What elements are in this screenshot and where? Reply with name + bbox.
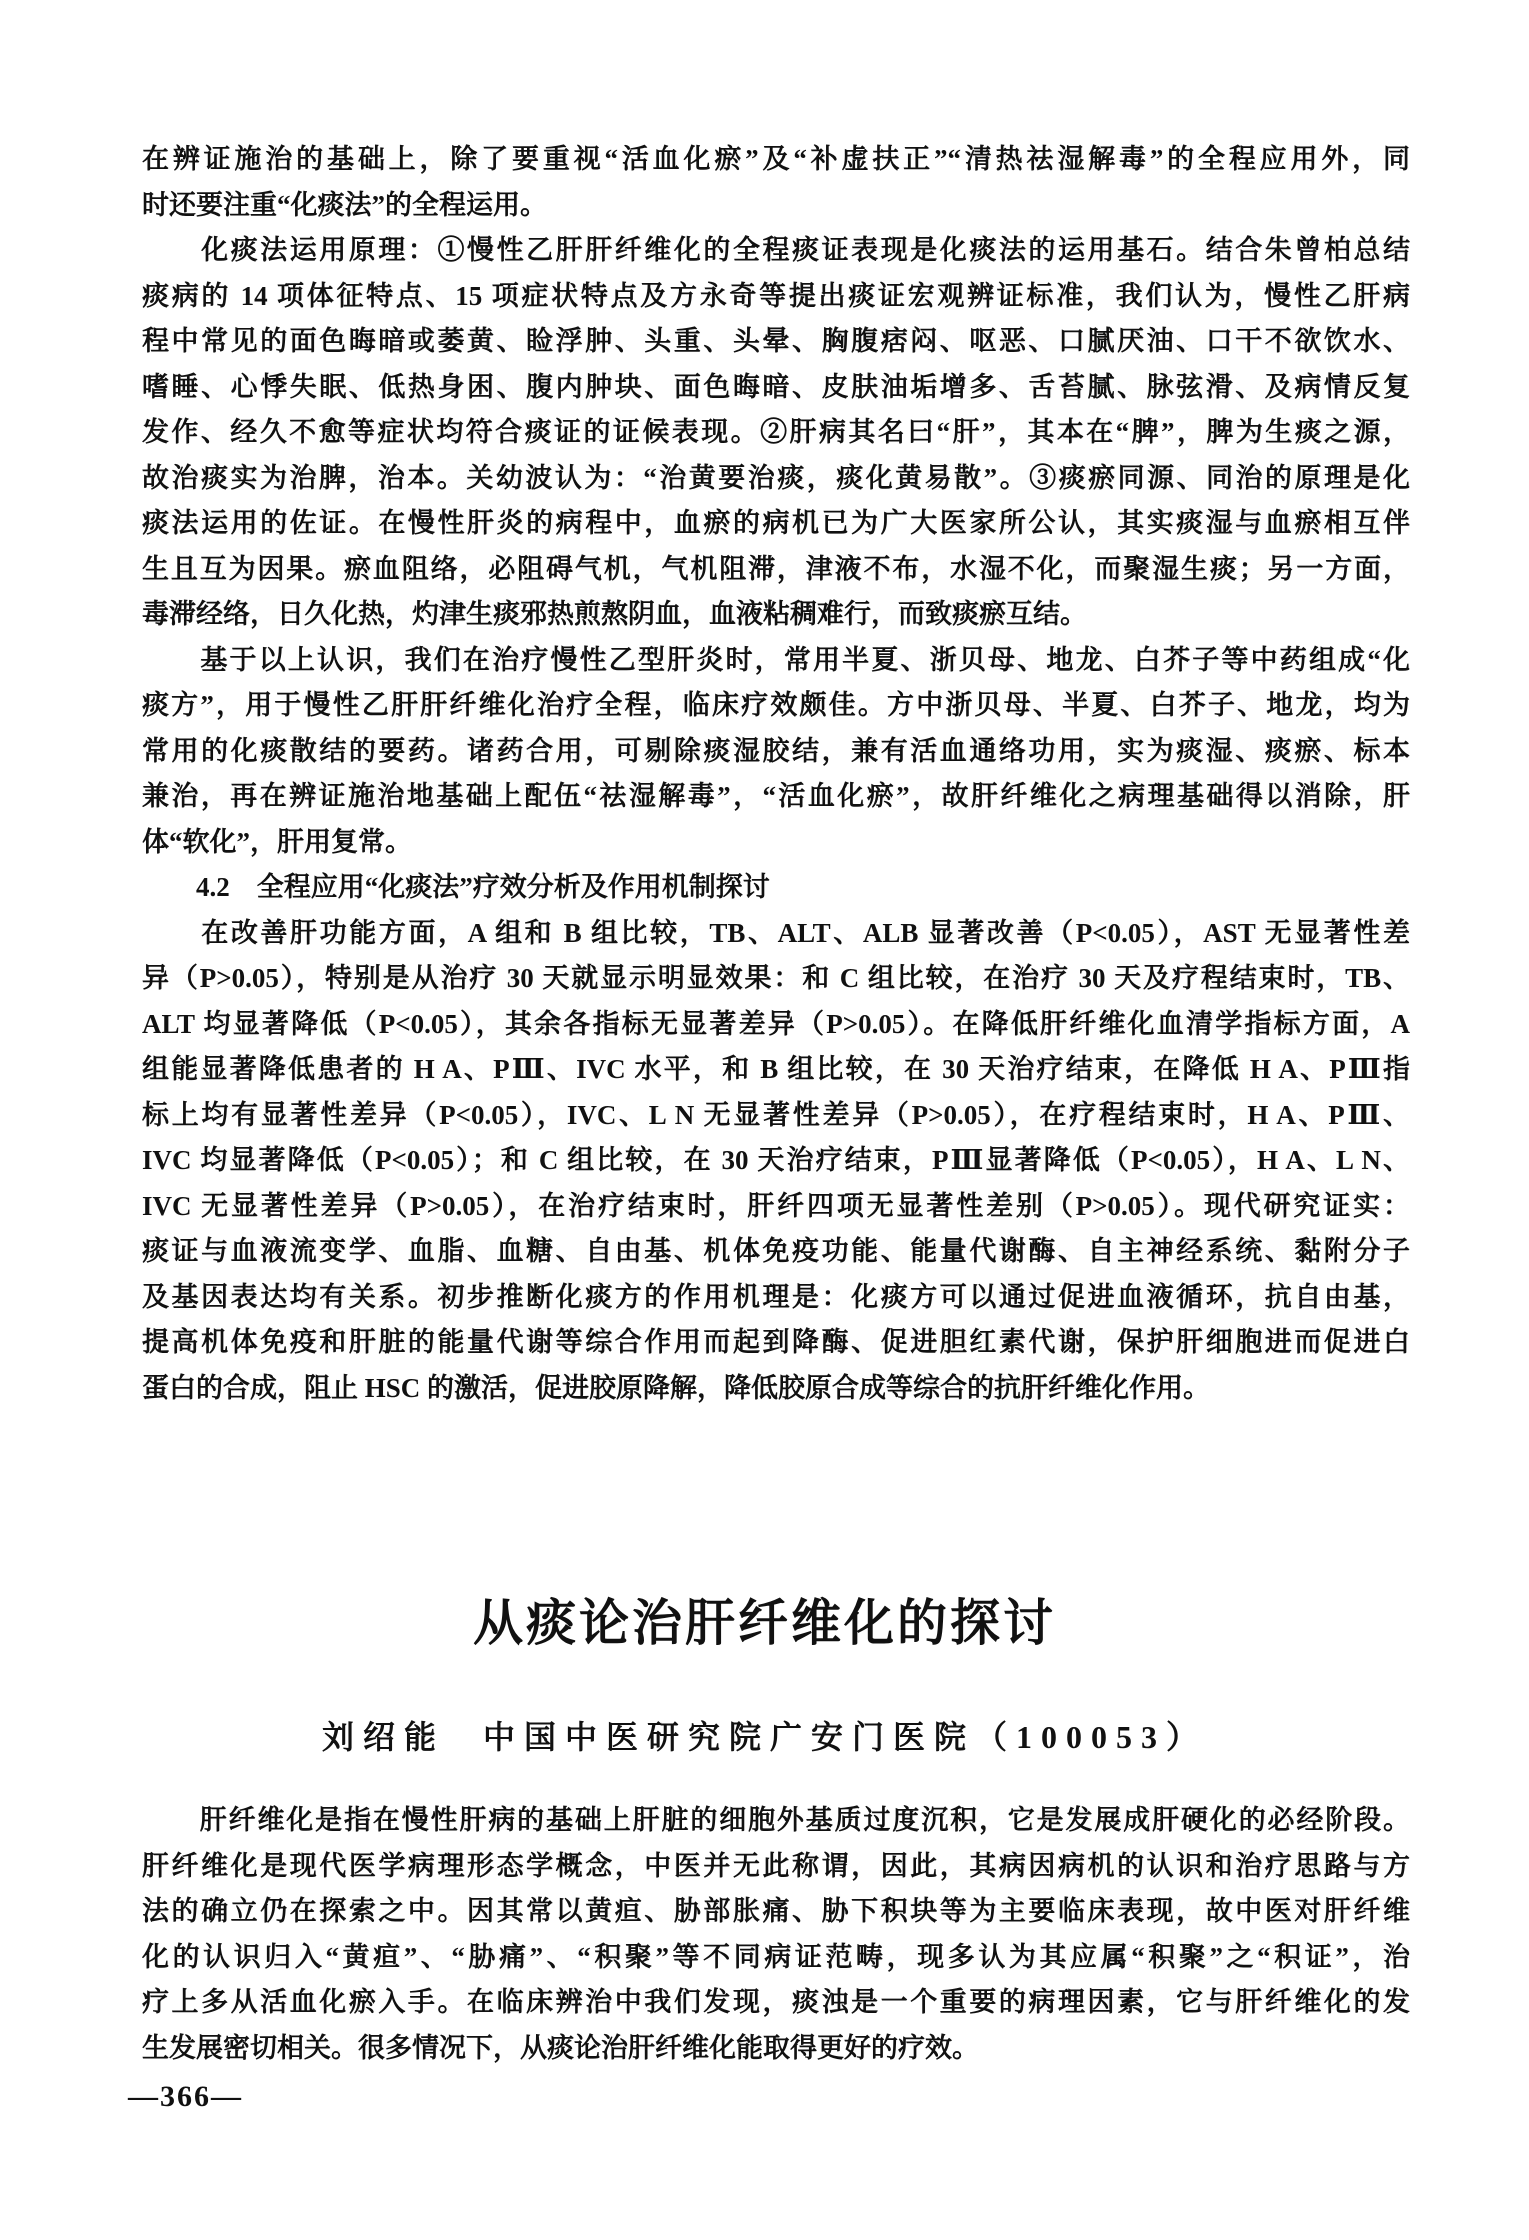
text-line: 法的确立仍在探索之中。因其常以黄疸、胁部胀痛、胁下积块等为主要临床表现，故中医对… (142, 1889, 1410, 1935)
text-line: 在改善肝功能方面，A 组和 B 组比较，TB、ALT、ALB 显著改善（P<0.… (142, 911, 1410, 957)
paragraph: 4.2 全程应用“化痰法”疗效分析及作用机制探讨 (142, 865, 1410, 911)
text-line: 化痰法运用原理：①慢性乙肝肝纤维化的全程痰证表现是化痰法的运用基石。结合朱曾柏总… (142, 228, 1410, 274)
text-line: 兼治，再在辨证施治地基础上配伍“祛湿解毒”，“活血化瘀”，故肝纤维化之病理基础得… (142, 774, 1410, 820)
text-line: 提高机体免疫和肝脏的能量代谢等综合作用而起到降酶、促进胆红素代谢，保护肝细胞进而… (142, 1320, 1410, 1366)
text-line: 在辨证施治的基础上，除了要重视“活血化瘀”及“补虚扶正”“清热祛湿解毒”的全程应… (142, 137, 1410, 183)
text-line: 肝纤维化是现代医学病理形态学概念，中医并无此称谓，因此，其病因病机的认识和治疗思… (142, 1844, 1410, 1890)
text-line: 程中常见的面色晦暗或萎黄、睑浮肿、头重、头晕、胸腹痞闷、呕恶、口腻厌油、口干不欲… (142, 319, 1410, 365)
text-line: 体“软化”，肝用复常。 (142, 820, 1410, 866)
text-line: 痰方”，用于慢性乙肝肝纤维化治疗全程，临床疗效颇佳。方中浙贝母、半夏、白芥子、地… (142, 683, 1410, 729)
text-line: 肝纤维化是指在慢性肝病的基础上肝脏的细胞外基质过度沉积，它是发展成肝硬化的必经阶… (142, 1798, 1410, 1844)
article-title: 从痰论治肝纤维化的探讨 (0, 1583, 1529, 1655)
page-number: —366— (128, 2080, 243, 2114)
paragraph: 化痰法运用原理：①慢性乙肝肝纤维化的全程痰证表现是化痰法的运用基石。结合朱曾柏总… (142, 228, 1410, 638)
text-line: ALT 均显著降低（P<0.05），其余各指标无显著差异（P>0.05）。在降低… (142, 1002, 1410, 1048)
text-line: 痰病的 14 项体征特点、15 项症状特点及方永奇等提出痰证宏观辨证标准，我们认… (142, 274, 1410, 320)
text-line: 痰证与血液流变学、血脂、血糖、自由基、机体免疫功能、能量代谢酶、自主神经系统、黏… (142, 1229, 1410, 1275)
paragraph: 基于以上认识，我们在治疗慢性乙型肝炎时，常用半夏、浙贝母、地龙、白芥子等中药组成… (142, 638, 1410, 866)
text-line: 4.2 全程应用“化痰法”疗效分析及作用机制探讨 (142, 865, 1410, 911)
text-line: 故治痰实为治脾，治本。关幼波认为：“治黄要治痰，痰化黄易散”。③痰瘀同源、同治的… (142, 456, 1410, 502)
text-line: 常用的化痰散结的要药。诸药合用，可剔除痰湿胶结，兼有活血通络功用，实为痰湿、痰瘀… (142, 729, 1410, 775)
text-line: 毒滞经络，日久化热，灼津生痰邪热煎熬阴血，血液粘稠难行，而致痰瘀互结。 (142, 592, 1410, 638)
text-line: 异（P>0.05），特别是从治疗 30 天就显示明显效果：和 C 组比较，在治疗… (142, 956, 1410, 1002)
new-article-intro: 肝纤维化是指在慢性肝病的基础上肝脏的细胞外基质过度沉积，它是发展成肝硬化的必经阶… (142, 1798, 1410, 2071)
text-line: 及基因表达均有关系。初步推断化痰方的作用机理是：化痰方可以通过促进血液循环，抗自… (142, 1275, 1410, 1321)
text-line: 基于以上认识，我们在治疗慢性乙型肝炎时，常用半夏、浙贝母、地龙、白芥子等中药组成… (142, 638, 1410, 684)
text-line: 发作、经久不愈等症状均符合痰证的证候表现。②肝病其名曰“肝”，其本在“脾”，脾为… (142, 410, 1410, 456)
text-line: 标上均有显著性差异（P<0.05），IVC、L N 无显著性差异（P>0.05）… (142, 1093, 1410, 1139)
author-affiliation: 中国中医研究院广安门医院（100053） (483, 1719, 1207, 1755)
text-line: 组能显著降低患者的 H A、PⅢ、IVC 水平，和 B 组比较，在 30 天治疗… (142, 1047, 1410, 1093)
previous-article-continuation: 在辨证施治的基础上，除了要重视“活血化瘀”及“补虚扶正”“清热祛湿解毒”的全程应… (142, 137, 1410, 1411)
paragraph: 肝纤维化是指在慢性肝病的基础上肝脏的细胞外基质过度沉积，它是发展成肝硬化的必经阶… (142, 1798, 1410, 2071)
author-line: 刘绍能中国中医研究院广安门医院（100053） (0, 1712, 1529, 1758)
text-line: 蛋白的合成，阻止 HSC 的激活，促进胶原降解，降低胶原合成等综合的抗肝纤维化作… (142, 1366, 1410, 1412)
text-line: 生发展密切相关。很多情况下，从痰论治肝纤维化能取得更好的疗效。 (142, 2026, 1410, 2072)
paragraph: 在改善肝功能方面，A 组和 B 组比较，TB、ALT、ALB 显著改善（P<0.… (142, 911, 1410, 1412)
text-line: 化的认识归入“黄疸”、“胁痛”、“积聚”等不同病证范畴，现多认为其应属“积聚”之… (142, 1935, 1410, 1981)
text-line: 疗上多从活血化瘀入手。在临床辨治中我们发现，痰浊是一个重要的病理因素，它与肝纤维… (142, 1980, 1410, 2026)
scanned-document-page: 在辨证施治的基础上，除了要重视“活血化瘀”及“补虚扶正”“清热祛湿解毒”的全程应… (0, 0, 1529, 2240)
text-line: IVC 均显著降低（P<0.05）；和 C 组比较，在 30 天治疗结束，PⅢ显… (142, 1138, 1410, 1184)
text-line: 嗜睡、心悸失眠、低热身困、腹内肿块、面色晦暗、皮肤油垢增多、舌苔腻、脉弦滑、及病… (142, 365, 1410, 411)
text-line: 生且互为因果。瘀血阻络，必阻碍气机，气机阻滞，津液不布，水湿不化，而聚湿生痰；另… (142, 547, 1410, 593)
text-line: 痰法运用的佐证。在慢性肝炎的病程中，血瘀的病机已为广大医家所公认，其实痰湿与血瘀… (142, 501, 1410, 547)
text-line: IVC 无显著性差异（P>0.05），在治疗结束时，肝纤四项无显著性差别（P>0… (142, 1184, 1410, 1230)
author-name: 刘绍能 (322, 1719, 445, 1755)
paragraph: 在辨证施治的基础上，除了要重视“活血化瘀”及“补虚扶正”“清热祛湿解毒”的全程应… (142, 137, 1410, 228)
text-line: 时还要注重“化痰法”的全程运用。 (142, 183, 1410, 229)
